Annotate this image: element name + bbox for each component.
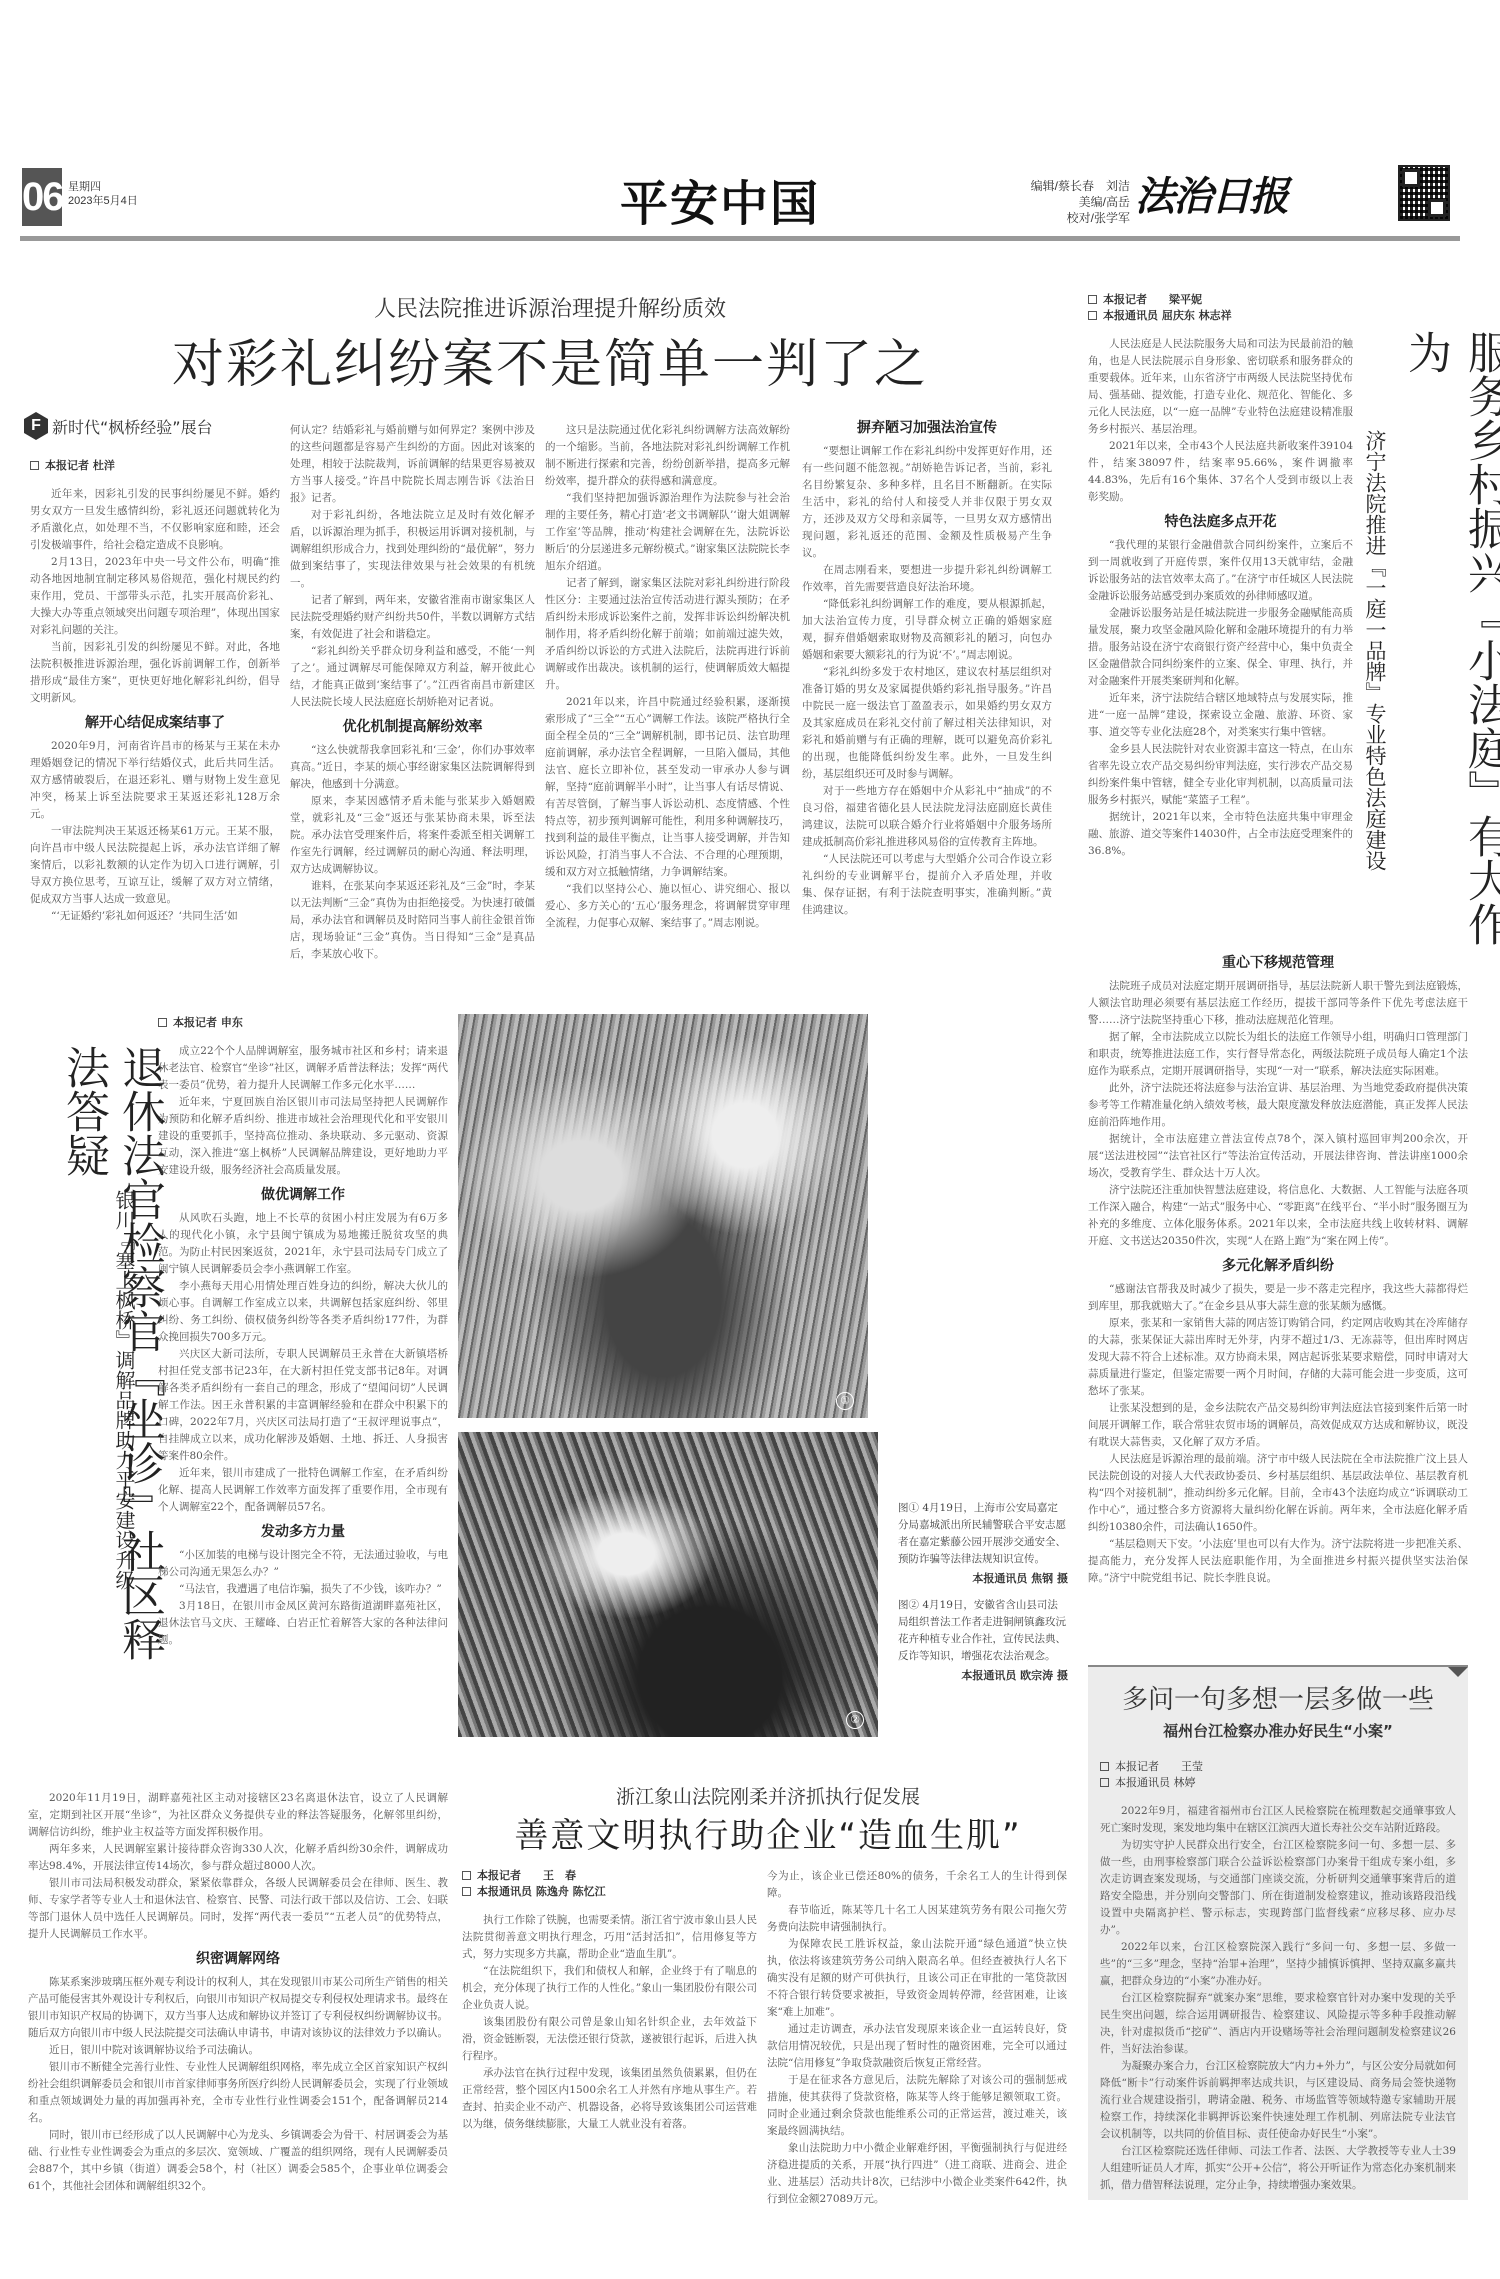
paragraph: 承办法官在执行过程中发现，该集团虽然负债累累，但仍在正常经营，整个园区内1500… [462, 2065, 757, 2133]
paragraph: 据了解，全市法院成立以院长为组长的法庭工作领导小组，明确归口管理部门和职责，统筹… [1088, 1029, 1468, 1080]
byline: 本报通讯员 陈逸舟 陈忆江 [462, 1884, 757, 1900]
paragraph: 近年来，宁夏回族自治区银川市司法局坚持把人民调解作为预防和化解矛盾纠纷、推进市域… [158, 1094, 448, 1179]
paragraph: 银川市不断健全完善行业性、专业性人民调解组织网格，率先成立全区首家知识产权纠纷社… [28, 2059, 448, 2127]
paragraph: 同时，银川市已经形成了以人民调解中心为龙头、乡镇调委会为骨干、村居调委会为基础、… [28, 2127, 448, 2195]
column-logo-icon: F [24, 412, 48, 440]
paragraph: “基层稳则天下安。‘小法庭’里也可以有大作为。济宁法院将进一步把准关系、提高能力… [1088, 1536, 1468, 1587]
byline: 本报通讯员 屈庆东 林志祥 [1088, 308, 1353, 324]
paragraph: 台江区检察院摒弃“就案办案”思维，要求检察官针对办案中发现的关乎民生突出问题，综… [1100, 1990, 1456, 2058]
paragraph: 为切实守护人民群众出行安全，台江区检察院多问一句、多想一层、多做一些，由刑事检察… [1100, 1837, 1456, 1939]
paragraph: 谁料，在张某向李某返还彩礼及“三金”时，李某以无法判断“三金”真伪为由拒绝接受。… [290, 878, 535, 963]
paragraph: 金乡县人民法院针对农业资源丰富这一特点，在山东省率先设立农产品交易纠纷审判法庭，… [1088, 741, 1353, 809]
article4-kicker: 浙江象山法院刚柔并济抓执行促发展 [458, 1782, 1078, 1809]
paragraph: “‘无证婚约’彩礼如何返还？‘共同生活’如 [30, 908, 280, 925]
paragraph: “感谢法官帮我及时减少了损失，要是一步不落走完程序，我这些大蒜都得烂到库里，那我… [1088, 1281, 1468, 1315]
editor-line: 美编/高岳 [1000, 194, 1130, 210]
paragraph: 今为止，该企业已偿还80%的债务，千余名工人的生计得到保障。 [767, 1868, 1067, 1902]
paragraph: 这只是法院通过优化彩礼纠纷调解方法高效解纷的一个缩影。当前，各地法院对彩礼纠纷调… [545, 422, 790, 490]
paragraph: 人民法庭是人民法院服务大局和司法为民最前沿的触角，也是人民法院展示自身形象、密切… [1088, 336, 1353, 438]
paragraph: 2021年以来，许昌中院通过经验积累，逐渐摸索形成了“三全”“五心”调解工作法。… [545, 694, 790, 881]
paragraph: 金融诉讼服务站是任城法院进一步服务金融赋能高质量发展，聚力攻坚金融风险化解和金融… [1088, 605, 1353, 690]
section-title: 平安中国 [620, 165, 820, 234]
issue-date: 2023年5月4日 [68, 194, 138, 208]
paragraph: 一审法院判决王某返还杨某61万元。王某不服，向许昌市中级人民法院提起上诉，承办法… [30, 823, 280, 908]
sidebar-article-box: 多问一句多想一层多做一些 福州台江检察办准办好民生“小案” 本报记者 王莹 本报… [1088, 1665, 1468, 2200]
paragraph: 两年多来，人民调解室累计接待群众咨询330人次，化解矛盾纠纷30余件，调解成功率… [28, 1841, 448, 1875]
byline: 本报记者 王 春 [462, 1868, 757, 1884]
byline: 本报记者 申东 [158, 1015, 448, 1031]
header-divider [20, 236, 1460, 241]
paragraph: 近年来，因彩礼引发的民事纠纷屡见不鲜。婚约男女双方一旦发生感情纠纷，彩礼返还问题… [30, 486, 280, 554]
paragraph: 为保障农民工胜诉权益，象山法院开通“绿色通道”快立快执，依法将该建筑劳务公司纳入… [767, 1936, 1067, 2021]
article1-column-3: 这只是法院通过优化彩礼纠纷调解方法高效解纷的一个缩影。当前，各地法院对彩礼纠纷调… [545, 422, 790, 932]
photo-credit-2: 本报通讯员 欧宗涛 摄 [898, 1667, 1068, 1684]
article5-body: 本报记者 王莹 本报通讯员 林婷 2022年9月，福建省福州市台江区人民检察院在… [1100, 1759, 1456, 2194]
paragraph: 执行工作除了铁腕，也需要柔情。浙江省宁波市象山县人民法院贯彻善意文明执行理念，巧… [462, 1912, 757, 1963]
subheading: 摒弃陋习加强法治宣传 [802, 420, 1052, 437]
article3-subtitle: 银川『塞上枫桥』调解品牌助力平安建设升级 [112, 1190, 136, 1660]
subheading: 发动多方力量 [158, 1524, 448, 1541]
paragraph: 从风吹石头跑，地上不长草的贫困小村庄发展为有6万多人的现代化小镇，永宁县闽宁镇成… [158, 1210, 448, 1278]
subheading: 多元化解矛盾纠纷 [1088, 1258, 1468, 1275]
paragraph: 春节临近，陈某等几十名工人因某建筑劳务有限公司拖欠劳务费向法院申请强制执行。 [767, 1902, 1067, 1936]
subheading: 做优调解工作 [158, 1187, 448, 1204]
paragraph: 当前，因彩礼引发的纠纷屡见不鲜。对此，各地法院积极推进诉源治理，强化诉前调解工作… [30, 639, 280, 707]
column-badge: F 新时代“枫桥经验”展台 [24, 412, 213, 440]
photo-number: ① [836, 1392, 854, 1410]
subheading: 优化机制提高解纷效率 [290, 719, 535, 736]
qr-code-icon[interactable] [1398, 165, 1450, 221]
paragraph: 2021年以来，全市43个人民法庭共新收案件39104件，结案38097件，结案… [1088, 438, 1353, 506]
article4-column-2: 今为止，该企业已偿还80%的债务，千余名工人的生计得到保障。 春节临近，陈某等几… [767, 1868, 1067, 2208]
subheading: 特色法庭多点开花 [1088, 514, 1353, 531]
article1-column-1: 本报记者 杜洋 近年来，因彩礼引发的民事纠纷屡见不鲜。婚约男女双方一旦发生感情纠… [30, 458, 280, 925]
paragraph: “要想让调解工作在彩礼纠纷中发挥更好作用，还有一些问题不能忽视。”胡娇艳告诉记者… [802, 443, 1052, 562]
paragraph: 该集团股份有限公司曾是象山知名针织企业，去年效益下滑，资金链断裂，无法偿还银行贷… [462, 2014, 757, 2065]
subheading: 解开心结促成案结事了 [30, 715, 280, 732]
paragraph: 近日，银川中院对该调解协议给予司法确认。 [28, 2042, 448, 2059]
paragraph: “彩礼纠纷多发于农村地区，建议农村基层组织对准备订婚的男女及家属提供婚约彩礼指导… [802, 664, 1052, 783]
editor-line: 校对/张学军 [1000, 210, 1130, 226]
paragraph: 据统计，全市法庭建立普法宣传点78个，深入镇村巡回审判200余次，开展“送法进校… [1088, 1131, 1468, 1182]
paragraph: 据统计，2021年以来，全市特色法庭共集中审理金融、旅游、道交等案件14030件… [1088, 809, 1353, 860]
subheading: 重心下移规范管理 [1088, 955, 1468, 972]
article3-headline[interactable]: 退休法官检察官『坐诊』社区释法答疑 [55, 1045, 167, 1665]
article1-kicker: 人民法院推进诉源治理提升解纷质效 [20, 292, 1080, 323]
corner-triangle-icon [1448, 1667, 1468, 1677]
date-block: 星期四 2023年5月4日 [68, 180, 138, 208]
paragraph: 兴庆区大新司法所，专职人民调解员王永普在大新镇塔桥村担任党支部书记23年，在大新… [158, 1346, 448, 1465]
paragraph: “人民法院还可以考虑与大型婚介公司合作设立彩礼纠纷的专业调解平台，提前介入矛盾处… [802, 851, 1052, 919]
paragraph: 2020年11月19日，湖畔嘉苑社区主动对接辖区23名离退休法官，设立了人民调解… [28, 1790, 448, 1841]
paragraph: 人民法庭是诉源治理的最前端。济宁市中级人民法院在全市法院推广汶上县人民法院创设的… [1088, 1451, 1468, 1536]
paragraph: 此外，济宁法院还将法庭参与法治宣讲、基层治理、为当地党委政府提供决策参考等工作精… [1088, 1080, 1468, 1131]
paragraph: 记者了解到，谢家集区法院对彩礼纠纷进行阶段性区分：主要通过法治宣传活动进行源头预… [545, 575, 790, 694]
paragraph: 对于一些地方存在婚姻中介从彩礼中“抽成”的不良习俗，福建省德化县人民法院龙浔法庭… [802, 783, 1052, 851]
paragraph: “小区加装的电梯与设计图完全不符，无法通过验收，与电梯公司沟通无果怎么办？” [158, 1547, 448, 1581]
paragraph: 记者了解到，两年来，安徽省淮南市谢家集区人民法院受理婚约财产纠纷共50件，半数以… [290, 592, 535, 643]
paragraph: 原来，张某和一家销售大蒜的网店签订购销合同，约定网店收购其在冷库储存的大蒜，张某… [1088, 1315, 1468, 1400]
byline: 本报通讯员 林婷 [1100, 1775, 1456, 1791]
article1-column-2: 何认定？结婚彩礼与婚前赠与如何界定？案例中涉及的这些问题都是容易产生纠纷的方面。… [290, 422, 535, 963]
paragraph: 近年来，银川市建成了一批特色调解工作室，在矛盾纠纷化解、提高人民调解工作效率方面… [158, 1465, 448, 1516]
paragraph: “在法院组织下，我们和债权人和解，企业终于有了喘息的机会，充分体现了执行工作的人… [462, 1963, 757, 2014]
paragraph: 法院班子成员对法庭定期开展调研指导，基层法院新人职干警先到法庭锻炼，人额法官助理… [1088, 978, 1468, 1029]
paragraph: “降低彩礼纠纷调解工作的难度，要从根源抓起，加大法治宣传力度，引导群众树立正确的… [802, 596, 1052, 664]
paragraph: 陈某系案涉玻璃压框外观专利设计的权利人，其在发现银川市某公司所生产销售的相关产品… [28, 1974, 448, 2042]
column-badge-label: 新时代“枫桥经验”展台 [52, 415, 213, 438]
article1-column-4: 摒弃陋习加强法治宣传 “要想让调解工作在彩礼纠纷中发挥更好作用，还有一些问题不能… [802, 420, 1052, 919]
byline: 本报记者 王莹 [1100, 1759, 1456, 1775]
caption-1: 图① 4月19日，上海市公安局嘉定分局嘉城派出所民辅警联合平安志愿者在嘉定紫藤公… [898, 1500, 1068, 1568]
paragraph: “我们坚持把加强诉源治理作为法院参与社会治理的主要任务，精心打造‘老文书调解队’… [545, 490, 790, 575]
paragraph: 3月18日，在银川市金凤区黄河东路街道湖畔嘉苑社区，退休法官马文庆、王耀峰、白岩… [158, 1598, 448, 1649]
paragraph: 银川市司法局积极发动群众，紧紧依靠群众，各级人民调解委员会在律师、医生、教师、专… [28, 1875, 448, 1943]
paragraph: 原来，李某因感情矛盾未能与张某步入婚姻殿堂，就彩礼及“三金”返还与张某协商未果，… [290, 793, 535, 878]
paragraph: 李小燕每天用心用情处理百姓身边的纠纷，解决大伙儿的烦心事。自调解工作室成立以来，… [158, 1278, 448, 1346]
newspaper-page: 06 星期四 2023年5月4日 平安中国 编辑/蔡长春 刘洁 美编/高岳 校对… [0, 0, 1500, 2279]
article2-body-top: 本报记者 梁平妮 本报通讯员 屈庆东 林志祥 人民法庭是人民法院服务大局和司法为… [1088, 292, 1353, 860]
paragraph: 2月13日，2023年中央一号文件公布，明确“推动各地因地制宜制定移风易俗规范，… [30, 554, 280, 639]
article3-body-bottom: 2020年11月19日，湖畔嘉苑社区主动对接辖区23名离退休法官，设立了人民调解… [28, 1790, 448, 2195]
weekday: 星期四 [68, 180, 138, 194]
paper-logo: 法治日报 [1135, 165, 1287, 222]
paragraph: 台江区检察院还选任律师、司法工作者、法医、大学教授等专业人士39人组建听证员人才… [1100, 2143, 1456, 2194]
paragraph: 成立22个个人品牌调解室，服务城市社区和乡村；请来退休老法官、检察官“坐诊”社区… [158, 1043, 448, 1094]
page-number: 06 [22, 168, 62, 226]
paragraph: 为凝聚办案合力，台江区检察院放大“内力+外力”，与区公安分局就如何降低“断卡”行… [1100, 2058, 1456, 2143]
paragraph: “马法官，我遭遇了电信诈骗，损失了不少钱，该咋办？” [158, 1581, 448, 1598]
paragraph: “我们以坚持公心、施以恒心、讲究细心、报以爱心、多方关心的‘五心’服务理念，将调… [545, 881, 790, 932]
article2-subtitle: 济宁法院推进『一庭一品牌』专业特色法庭建设 [1362, 430, 1388, 970]
photo-captions: 图① 4月19日，上海市公安局嘉定分局嘉城派出所民辅警联合平安志愿者在嘉定紫藤公… [898, 1500, 1068, 1694]
paragraph: “我代理的某银行金融借款合同纠纷案件，立案后不到一周就收到了开庭传票，案件仅用1… [1088, 537, 1353, 605]
article4-headline[interactable]: 善意文明执行助企业“造血生肌” [458, 1808, 1078, 1857]
paragraph: 2022年9月，福建省福州市台江区人民检察院在梳理数起交通肇事致人死亡案时发现，… [1100, 1803, 1456, 1837]
paragraph: “彩礼纠纷关乎群众切身利益和感受，不能‘一判了之’。通过调解尽可能保障双方利益，… [290, 643, 535, 711]
article2-body-bottom: 重心下移规范管理 法院班子成员对法庭定期开展调研指导，基层法院新人职干警先到法庭… [1088, 955, 1468, 1587]
article3-body-top: 本报记者 申东 成立22个个人品牌调解室，服务城市社区和乡村；请来退休老法官、检… [158, 1015, 448, 1649]
article1-headline[interactable]: 对彩礼纠纷案不是简单一判了之 [20, 322, 1080, 397]
byline: 本报记者 梁平妮 [1088, 292, 1353, 308]
paragraph: 2022年以来，台江区检察院深入践行“多问一句、多想一层、多做一些”的“三多”理… [1100, 1939, 1456, 1990]
subheading: 织密调解网络 [28, 1951, 448, 1968]
paragraph: 近年来，济宁法院结合辖区地域特点与发展实际，推进“一庭一品牌”建设，探索设立金融… [1088, 690, 1353, 741]
caption-2: 图② 4月19日，安徽省含山县司法局组织普法工作者走进铜闸镇鑫玫沅花卉种植专业合… [898, 1597, 1068, 1665]
news-photo-2[interactable]: ② [458, 1432, 878, 1737]
paragraph: 在周志刚看来，要想进一步提升彩礼纠纷调解工作效率，首先需要营造良好法治环境。 [802, 562, 1052, 596]
paragraph: 通过走访调查，承办法官发现原来该企业一直运转良好，贷款信用情况较优，只是出现了暂… [767, 2021, 1067, 2072]
paragraph: 于是在征求各方意见后，法院先解除了对该公司的强制惩戒措施，使其获得了贷款资格，陈… [767, 2072, 1067, 2140]
photo-credit-1: 本报通讯员 焦钢 摄 [898, 1570, 1068, 1587]
paragraph: 对于彩礼纠纷，各地法院立足及时有效化解矛盾，以诉源治理为抓手，积极运用诉调对接机… [290, 507, 535, 592]
byline: 本报记者 杜洋 [30, 458, 280, 474]
editor-line: 编辑/蔡长春 刘洁 [1000, 178, 1130, 194]
photo-number: ② [846, 1711, 864, 1729]
editor-credits: 编辑/蔡长春 刘洁 美编/高岳 校对/张学军 [1000, 178, 1130, 226]
article5-headline[interactable]: 多问一句多想一层多做一些 [1088, 1679, 1468, 1716]
paragraph: 让张某没想到的是，金乡法院农产品交易纠纷审判法庭法官接到案件后第一时间展开调解工… [1088, 1400, 1468, 1451]
article4-column-1: 本报记者 王 春 本报通讯员 陈逸舟 陈忆江 执行工作除了铁腕，也需要柔情。浙江… [462, 1868, 757, 2133]
article2-headline[interactable]: 服务乡村振兴『小法庭』有大作为 [1395, 330, 1500, 980]
article5-subtitle: 福州台江检察办准办好民生“小案” [1088, 1720, 1468, 1741]
paragraph: 济宁法院还注重加快智慧法庭建设，将信息化、大数据、人工智能与法庭各项工作深入融合… [1088, 1182, 1468, 1250]
paragraph: 何认定？结婚彩礼与婚前赠与如何界定？案例中涉及的这些问题都是容易产生纠纷的方面。… [290, 422, 535, 507]
paragraph: 象山法院助力中小微企业解难纾困，平衡强制执行与促进经济稳进提质的关系，开展“执行… [767, 2140, 1067, 2208]
paragraph: 2020年9月，河南省许昌市的杨某与王某在未办理婚姻登记的情况下举行结婚仪式，此… [30, 738, 280, 823]
paragraph: “这么快就帮我拿回彩礼和‘三金’，你们办事效率真高。”近日，李某的烦心事经谢家集… [290, 742, 535, 793]
news-photo-1[interactable]: ① [458, 1014, 868, 1418]
